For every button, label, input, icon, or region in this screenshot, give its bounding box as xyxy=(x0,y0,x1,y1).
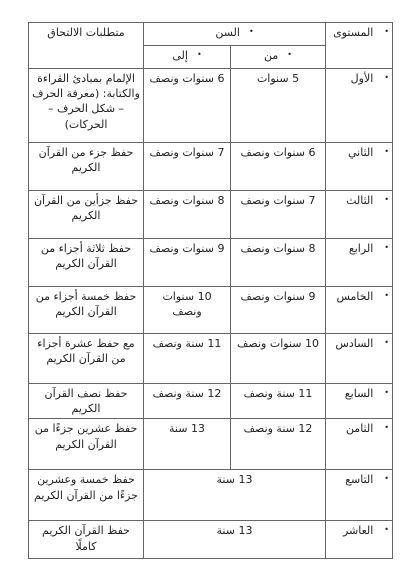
bullet-icon: • xyxy=(287,49,292,60)
table-row: •الثالث 7 سنوات ونصف 8 سنوات ونصف حفظ جز… xyxy=(29,191,393,239)
requirements-cell: حفظ القرآن الكريم كاملًا xyxy=(29,521,144,559)
table-row: •التاسع 13 سنة حفظ خمسة وعشرين جزءًا من … xyxy=(29,470,393,521)
age-from-cell: 12 سنة ونصف xyxy=(231,419,326,470)
header-level: •المستوى xyxy=(326,23,393,69)
age-from-cell: 8 سنوات ونصف xyxy=(231,239,326,287)
document-page: •المستوى •السن متطلبات الالتحاق •من •إلى… xyxy=(0,0,410,585)
table-row: •السادس 10 سنوات ونصف 11 سنة ونصف مع حفظ… xyxy=(29,334,393,384)
bullet-icon: • xyxy=(384,242,389,253)
requirements-cell: حفظ جزأين من القرآن الكريم xyxy=(29,191,144,239)
bullet-icon: • xyxy=(249,26,254,37)
level-label: الثامن xyxy=(346,422,373,435)
bullet-icon: • xyxy=(384,337,389,348)
level-cell: •السادس xyxy=(326,334,393,384)
age-to-cell: 11 سنة ونصف xyxy=(144,334,231,384)
table-row: •الأول 5 سنوات 6 سنوات ونصف الإلمام بمبا… xyxy=(29,69,393,143)
bullet-icon: • xyxy=(384,524,389,535)
level-label: السادس xyxy=(335,337,373,350)
table-header-row: •المستوى •السن متطلبات الالتحاق xyxy=(29,23,393,46)
header-age: •السن xyxy=(144,23,326,46)
level-cell: •التاسع xyxy=(326,470,393,521)
header-requirements: متطلبات الالتحاق xyxy=(29,23,144,69)
level-cell: •الثالث xyxy=(326,191,393,239)
level-cell: •العاشر xyxy=(326,521,393,559)
level-label: العاشر xyxy=(343,524,373,537)
table-row: •الرابع 8 سنوات ونصف 9 سنوات ونصف حفظ ثل… xyxy=(29,239,393,287)
header-requirements-label: متطلبات الالتحاق xyxy=(47,26,124,39)
age-merged-cell: 13 سنة xyxy=(144,470,326,521)
level-label: الثاني xyxy=(348,146,373,159)
table-row: •السابع 11 سنة ونصف 12 سنة ونصف حفظ نصف … xyxy=(29,384,393,419)
bullet-icon: • xyxy=(197,49,202,60)
bullet-icon: • xyxy=(384,422,389,433)
header-from-label: من xyxy=(264,49,278,62)
bullet-icon: • xyxy=(384,146,389,157)
age-from-cell: 5 سنوات xyxy=(231,69,326,143)
level-label: الثالث xyxy=(346,194,373,207)
bullet-icon: • xyxy=(384,387,389,398)
requirements-cell: حفظ عشرين جزءًا من القرآن الكريم xyxy=(29,419,144,470)
table-row: •الخامس 9 سنوات ونصف 10 سنوات ونصف حفظ خ… xyxy=(29,287,393,334)
age-to-cell: 13 سنة xyxy=(144,419,231,470)
age-to-cell: 10 سنوات ونصف xyxy=(144,287,231,334)
level-label: الرابع xyxy=(349,242,373,255)
age-to-cell: 12 سنة ونصف xyxy=(144,384,231,419)
requirements-cell: الإلمام بمبادئ القراءة والكتابة: (معرفة … xyxy=(29,69,144,143)
requirements-cell: حفظ خمسة وعشرين جزءًا من القرآن الكريم xyxy=(29,470,144,521)
table-row: •الثامن 12 سنة ونصف 13 سنة حفظ عشرين جزء… xyxy=(29,419,393,470)
requirements-cell: حفظ خمسة أجزاء من القرآن الكريم xyxy=(29,287,144,334)
bullet-icon: • xyxy=(384,473,389,484)
age-to-cell: 6 سنوات ونصف xyxy=(144,69,231,143)
age-from-cell: 9 سنوات ونصف xyxy=(231,287,326,334)
age-from-cell: 6 سنوات ونصف xyxy=(231,143,326,191)
requirements-cell: مع حفظ عشرة أجزاء من القرآن الكريم xyxy=(29,334,144,384)
requirements-cell: حفظ ثلاثة أجزاء من القرآن الكريم xyxy=(29,239,144,287)
header-age-label: السن xyxy=(215,26,240,39)
level-cell: •الثاني xyxy=(326,143,393,191)
level-label: التاسع xyxy=(345,473,373,486)
age-to-cell: 9 سنوات ونصف xyxy=(144,239,231,287)
level-cell: •السابع xyxy=(326,384,393,419)
age-from-cell: 11 سنة ونصف xyxy=(231,384,326,419)
header-to: •إلى xyxy=(144,46,231,69)
level-label: الأول xyxy=(351,72,374,85)
header-level-label: المستوى xyxy=(333,26,373,39)
age-to-cell: 8 سنوات ونصف xyxy=(144,191,231,239)
age-from-cell: 7 سنوات ونصف xyxy=(231,191,326,239)
requirements-cell: حفظ جزء من القرآن الكريم xyxy=(29,143,144,191)
bullet-icon: • xyxy=(384,194,389,205)
requirements-cell: حفظ نصف القرآن الكريم xyxy=(29,384,144,419)
bullet-icon: • xyxy=(384,290,389,301)
header-from: •من xyxy=(231,46,326,69)
header-to-label: إلى xyxy=(172,49,188,62)
age-from-cell: 10 سنوات ونصف xyxy=(231,334,326,384)
table-row: •الثاني 6 سنوات ونصف 7 سنوات ونصف حفظ جز… xyxy=(29,143,393,191)
level-cell: •الرابع xyxy=(326,239,393,287)
levels-table: •المستوى •السن متطلبات الالتحاق •من •إلى… xyxy=(28,22,393,559)
bullet-icon: • xyxy=(384,26,389,37)
age-to-cell: 7 سنوات ونصف xyxy=(144,143,231,191)
table-row: •العاشر 13 سنة حفظ القرآن الكريم كاملًا xyxy=(29,521,393,559)
level-cell: •الخامس xyxy=(326,287,393,334)
level-label: السابع xyxy=(345,387,374,400)
bullet-icon: • xyxy=(384,72,389,83)
level-cell: •الثامن xyxy=(326,419,393,470)
level-label: الخامس xyxy=(337,290,374,303)
age-merged-cell: 13 سنة xyxy=(144,521,326,559)
level-cell: •الأول xyxy=(326,69,393,143)
